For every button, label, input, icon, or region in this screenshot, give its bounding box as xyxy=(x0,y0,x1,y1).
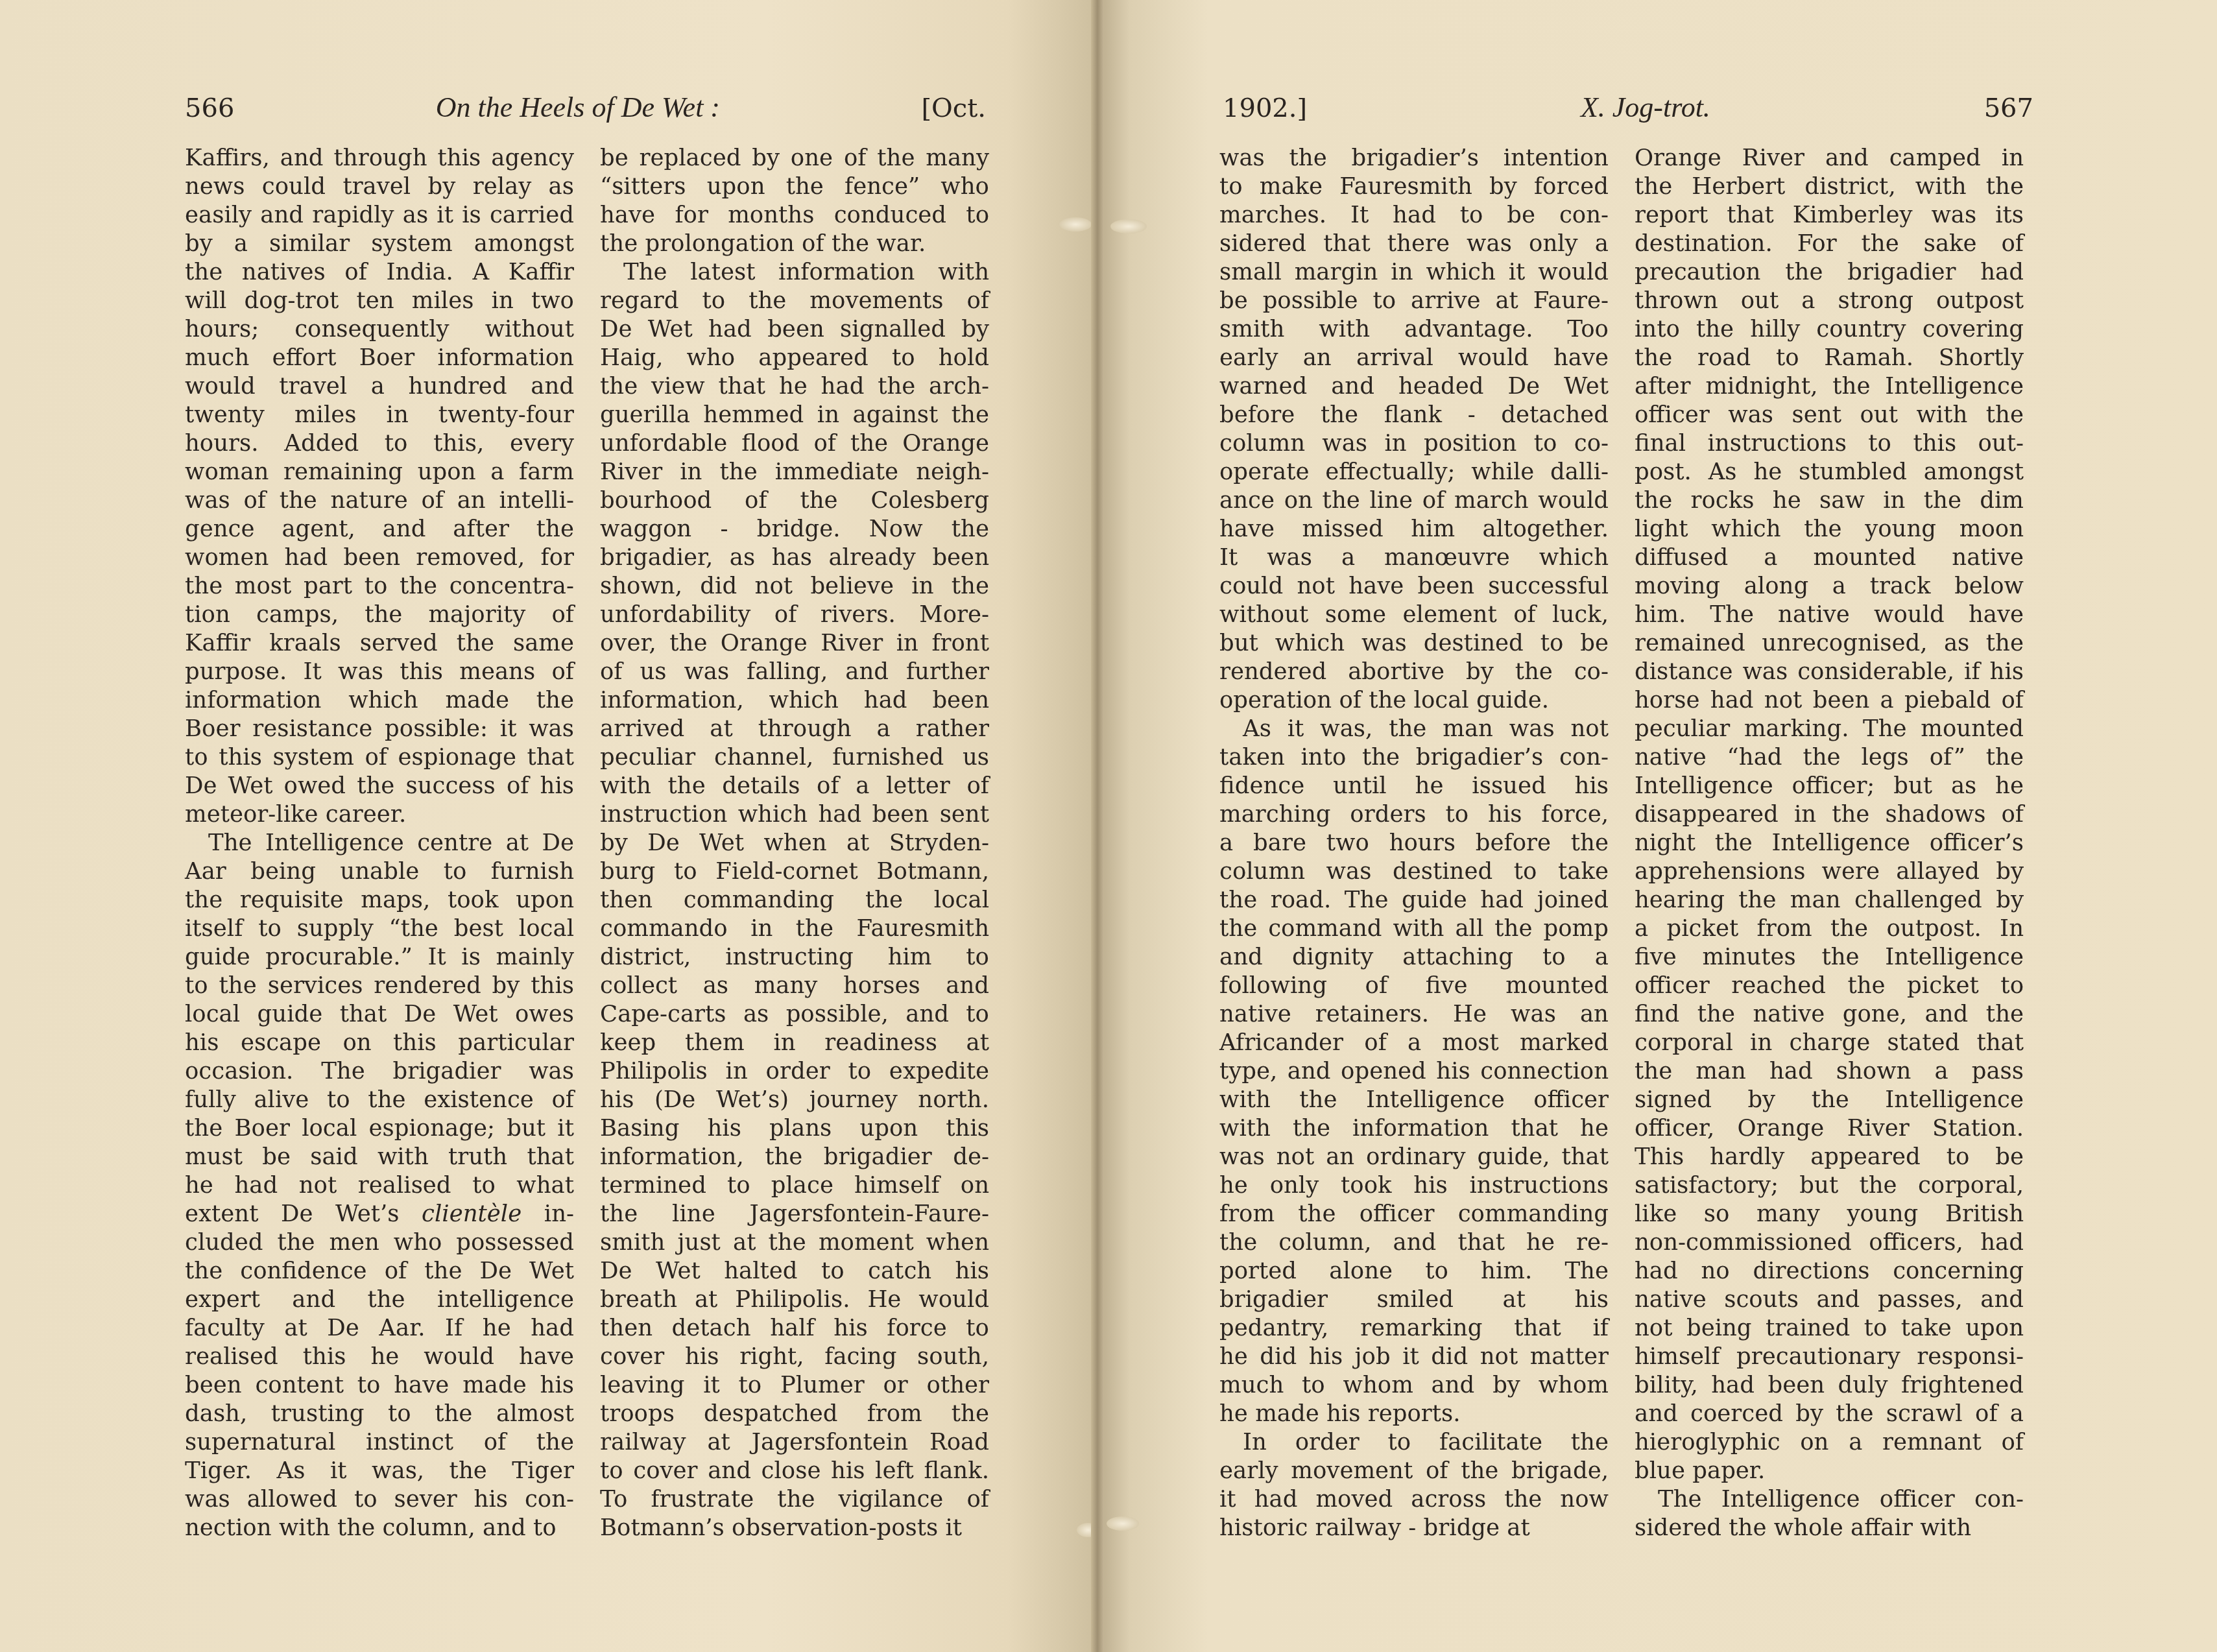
text-line: unfordable flood of the Orange xyxy=(600,429,989,458)
text-line: post. As he stumbled amongst xyxy=(1635,458,2024,486)
text-line: extent De Wet’s clientèle in- xyxy=(185,1200,574,1228)
left-columns: Kaffirs, and through this agencynews cou… xyxy=(185,144,989,1542)
text-line: breath at Philipolis. He would xyxy=(600,1286,989,1314)
text-line: It was a manœuvre which xyxy=(1219,544,1609,572)
text-line: be possible to arrive at Faure- xyxy=(1219,287,1609,315)
text-line: Basing his plans upon this xyxy=(600,1114,989,1143)
text-line: could not have been successful xyxy=(1219,572,1609,601)
text-line: Haig, who appeared to hold xyxy=(600,344,989,372)
text-line: peculiar marking. The mounted xyxy=(1635,715,2024,743)
text-line: distance was considerable, if his xyxy=(1635,658,2024,686)
text-line: information which made the xyxy=(185,686,574,715)
text-line: the confidence of the De Wet xyxy=(185,1257,574,1286)
text-line: diffused a mounted native xyxy=(1635,544,2024,572)
text-line: to the services rendered by this xyxy=(185,972,574,1000)
paragraph: Orange River and camped inthe Herbert di… xyxy=(1635,144,2024,1485)
running-title: On the Heels of De Wet : xyxy=(436,91,720,124)
date-mark: 1902.] xyxy=(1223,93,1307,123)
text-line: River in the immediate neigh- xyxy=(600,458,989,486)
text-line: sidered the whole affair with xyxy=(1635,1514,2024,1542)
text-line: he had not realised to what xyxy=(185,1171,574,1200)
text-line: woman remaining upon a farm xyxy=(185,458,574,486)
paragraph: The latest information withregard to the… xyxy=(600,258,989,1542)
right-page: 1902.] X. Jog-trot. 567 was the brigadie… xyxy=(1096,0,2217,1652)
text-line: the column, and that he re- xyxy=(1219,1228,1609,1257)
text-line: “sitters upon the fence” who xyxy=(600,173,989,201)
text-line: unfordability of rivers. More- xyxy=(600,601,989,629)
text-line: bility, had been duly frightened xyxy=(1635,1371,2024,1400)
text-line: five minutes the Intelligence xyxy=(1635,943,2024,972)
text-line: native scouts and passes, and xyxy=(1635,1286,2024,1314)
text-line: was allowed to sever his con- xyxy=(185,1485,574,1514)
right-running-head: 1902.] X. Jog-trot. 567 xyxy=(1223,91,2033,130)
text-line: collect as many horses and xyxy=(600,972,989,1000)
text-line: before the flank - detached xyxy=(1219,401,1609,429)
text-line: column was in position to co- xyxy=(1219,429,1609,458)
text-line: from the officer commanding xyxy=(1219,1200,1609,1228)
text-line: tion camps, the majority of xyxy=(185,601,574,629)
text-line: native retainers. He was an xyxy=(1219,1000,1609,1029)
text-line: he only took his instructions xyxy=(1219,1171,1609,1200)
text-line: small margin in which it would xyxy=(1219,258,1609,287)
text-line: realised this he would have xyxy=(185,1343,574,1371)
text-line: had no directions concerning xyxy=(1635,1257,2024,1286)
text-line: pedantry, remarking that if xyxy=(1219,1314,1609,1343)
text-line: smith just at the moment when xyxy=(600,1228,989,1257)
text-line: purpose. It was this means of xyxy=(185,658,574,686)
text-line: occasion. The brigadier was xyxy=(185,1057,574,1086)
text-line: the most part to the concentra- xyxy=(185,572,574,601)
text-line: will dog-trot ten miles in two xyxy=(185,287,574,315)
binding-hole xyxy=(1107,1516,1139,1531)
text-line: gence agent, and after the xyxy=(185,515,574,544)
text-line: the rocks he saw in the dim xyxy=(1635,486,2024,515)
text-line: apprehensions were allayed by xyxy=(1635,857,2024,886)
text-line: him. The native would have xyxy=(1635,601,2024,629)
text-line: brigadier, as has already been xyxy=(600,544,989,572)
text-line: burg to Field-cornet Botmann, xyxy=(600,857,989,886)
paragraph: The Intelligence centre at DeAar being u… xyxy=(185,829,574,1542)
text-line: to this system of espionage that xyxy=(185,743,574,772)
text-line: corporal in charge stated that xyxy=(1635,1029,2024,1057)
text-line: taken into the brigadier’s con- xyxy=(1219,743,1609,772)
text-line: historic railway - bridge at xyxy=(1219,1514,1609,1542)
text-line: cluded the men who possessed xyxy=(185,1228,574,1257)
text-line: then detach half his force to xyxy=(600,1314,989,1343)
text-line: the prolongation of the war. xyxy=(600,230,989,258)
text-line: be replaced by one of the many xyxy=(600,144,989,173)
text-line: guide procurable.” It is mainly xyxy=(185,943,574,972)
text-line: his (De Wet’s) journey north. xyxy=(600,1086,989,1114)
text-line: light which the young moon xyxy=(1635,515,2024,544)
binding-hole xyxy=(1110,219,1147,233)
book-gutter xyxy=(1091,0,1104,1652)
text-line: operate effectually; while dalli- xyxy=(1219,458,1609,486)
text-line: In order to facilitate the xyxy=(1219,1428,1609,1457)
text-line: shown, did not believe in the xyxy=(600,572,989,601)
text-line: with the information that he xyxy=(1219,1114,1609,1143)
date-mark: [Oct. xyxy=(921,93,986,123)
text-line: women had been removed, for xyxy=(185,544,574,572)
paragraph: Kaffirs, and through this agencynews cou… xyxy=(185,144,574,829)
text-line: Botmann’s observation-posts it xyxy=(600,1514,989,1542)
text-column: be replaced by one of the many“sitters u… xyxy=(600,144,989,1542)
text-line: much effort Boer information xyxy=(185,344,574,372)
text-line: hours; consequently without xyxy=(185,315,574,344)
text-line: the man had shown a pass xyxy=(1635,1057,2024,1086)
text-line: sidered that there was only a xyxy=(1219,230,1609,258)
text-line: news could travel by relay as xyxy=(185,173,574,201)
text-line: he made his reports. xyxy=(1219,1400,1609,1428)
text-line: district, instructing him to xyxy=(600,943,989,972)
text-line: arrived at through a rather xyxy=(600,715,989,743)
text-line: As it was, the man was not xyxy=(1219,715,1609,743)
text-line: waggon - bridge. Now the xyxy=(600,515,989,544)
text-line: remained unrecognised, as the xyxy=(1635,629,2024,658)
text-line: Intelligence officer; but as he xyxy=(1635,772,2024,800)
text-line: and dignity attaching to a xyxy=(1219,943,1609,972)
text-line: must be said with truth that xyxy=(185,1143,574,1171)
text-line: Philipolis in order to expedite xyxy=(600,1057,989,1086)
text-line: early movement of the brigade, xyxy=(1219,1457,1609,1485)
text-line: by a similar system amongst xyxy=(185,230,574,258)
text-line: non-commissioned officers, had xyxy=(1635,1228,2024,1257)
text-line: bourhood of the Colesberg xyxy=(600,486,989,515)
text-line: termined to place himself on xyxy=(600,1171,989,1200)
text-line: De Wet halted to catch his xyxy=(600,1257,989,1286)
text-line: leaving it to Plumer or other xyxy=(600,1371,989,1400)
text-line: instruction which had been sent xyxy=(600,800,989,829)
text-line: blue paper. xyxy=(1635,1457,2024,1485)
text-line: hieroglyphic on a remnant of xyxy=(1635,1428,2024,1457)
text-line: itself to supply “the best local xyxy=(185,915,574,943)
book-spread: 566 On the Heels of De Wet : [Oct. Kaffi… xyxy=(0,0,2217,1652)
text-line: with the details of a letter of xyxy=(600,772,989,800)
text-line: he did his job it did not matter xyxy=(1219,1343,1609,1371)
text-line: then commanding the local xyxy=(600,886,989,915)
text-line: like so many young British xyxy=(1635,1200,2024,1228)
text-line: and coerced by the scrawl of a xyxy=(1635,1400,2024,1428)
text-line: was not an ordinary guide, that xyxy=(1219,1143,1609,1171)
text-line: would travel a hundred and xyxy=(185,372,574,401)
text-line: Aar being unable to furnish xyxy=(185,857,574,886)
text-line: his escape on this particular xyxy=(185,1029,574,1057)
text-line: the line Jagersfontein-Faure- xyxy=(600,1200,989,1228)
text-line: column was destined to take xyxy=(1219,857,1609,886)
text-line: early an arrival would have xyxy=(1219,344,1609,372)
text-line: ported alone to him. The xyxy=(1219,1257,1609,1286)
text-line: Boer resistance possible: it was xyxy=(185,715,574,743)
text-line: moving along a track below xyxy=(1635,572,2024,601)
page-number: 566 xyxy=(185,93,234,123)
text-line: regard to the movements of xyxy=(600,287,989,315)
text-line: the requisite maps, took upon xyxy=(185,886,574,915)
text-line: was of the nature of an intelli- xyxy=(185,486,574,515)
text-line: officer was sent out with the xyxy=(1635,401,2024,429)
text-line: after midnight, the Intelligence xyxy=(1635,372,2024,401)
text-line: night the Intelligence officer’s xyxy=(1635,829,2024,857)
text-line: guerilla hemmed in against the xyxy=(600,401,989,429)
text-line: signed by the Intelligence xyxy=(1635,1086,2024,1114)
text-line: fidence until he issued his xyxy=(1219,772,1609,800)
text-line: destination. For the sake of xyxy=(1635,230,2024,258)
text-line: operation of the local guide. xyxy=(1219,686,1609,715)
text-line: satisfactory; but the corporal, xyxy=(1635,1171,2024,1200)
text-line: final instructions to this out- xyxy=(1635,429,2024,458)
text-line: warned and headed De Wet xyxy=(1219,372,1609,401)
text-line: information, which had been xyxy=(600,686,989,715)
text-line: been content to have made his xyxy=(185,1371,574,1400)
text-column: Orange River and camped inthe Herbert di… xyxy=(1635,144,2024,1542)
text-line: the road. The guide had joined xyxy=(1219,886,1609,915)
text-line: smith with advantage. Too xyxy=(1219,315,1609,344)
paragraph: As it was, the man was nottaken into the… xyxy=(1219,715,1609,1428)
text-line: easily and rapidly as it is carried xyxy=(185,201,574,230)
text-line: the natives of India. A Kaffir xyxy=(185,258,574,287)
text-line: Cape-carts as possible, and to xyxy=(600,1000,989,1029)
text-line: not being trained to take upon xyxy=(1635,1314,2024,1343)
text-line: type, and opened his connection xyxy=(1219,1057,1609,1086)
text-line: meteor-like career. xyxy=(185,800,574,829)
text-line: was the brigadier’s intention xyxy=(1219,144,1609,173)
paragraph: In order to facilitate theearly movement… xyxy=(1219,1428,1609,1542)
text-line: nection with the column, and to xyxy=(185,1514,574,1542)
text-line: rendered abortive by the co- xyxy=(1219,658,1609,686)
text-column: Kaffirs, and through this agencynews cou… xyxy=(185,144,574,1542)
text-line: the Boer local espionage; but it xyxy=(185,1114,574,1143)
text-line: into the hilly country covering xyxy=(1635,315,2024,344)
text-line: a bare two hours before the xyxy=(1219,829,1609,857)
right-columns: was the brigadier’s intentionto make Fau… xyxy=(1219,144,2024,1542)
text-line: have for months conduced to xyxy=(600,201,989,230)
text-line: without some element of luck, xyxy=(1219,601,1609,629)
text-line: commando in the Fauresmith xyxy=(600,915,989,943)
text-line: cover his right, facing south, xyxy=(600,1343,989,1371)
text-line: The latest information with xyxy=(600,258,989,287)
text-line: brigadier smiled at his xyxy=(1219,1286,1609,1314)
text-line: over, the Orange River in front xyxy=(600,629,989,658)
text-line: by De Wet when at Stryden- xyxy=(600,829,989,857)
text-line: ance on the line of march would xyxy=(1219,486,1609,515)
paragraph: be replaced by one of the many“sitters u… xyxy=(600,144,989,258)
text-line: to make Fauresmith by forced xyxy=(1219,173,1609,201)
text-line: faculty at De Aar. If he had xyxy=(185,1314,574,1343)
text-line: the view that he had the arch- xyxy=(600,372,989,401)
text-line: have missed him altogether. xyxy=(1219,515,1609,544)
text-line: To frustrate the vigilance of xyxy=(600,1485,989,1514)
text-line: twenty miles in twenty-four xyxy=(185,401,574,429)
page-number: 567 xyxy=(1984,93,2033,123)
text-line: troops despatched from the xyxy=(600,1400,989,1428)
text-line: himself precautionary responsi- xyxy=(1635,1343,2024,1371)
text-line: thrown out a strong outpost xyxy=(1635,287,2024,315)
text-line: to cover and close his left flank. xyxy=(600,1457,989,1485)
text-line: Tiger. As it was, the Tiger xyxy=(185,1457,574,1485)
text-line: fully alive to the existence of xyxy=(185,1086,574,1114)
left-running-head: 566 On the Heels of De Wet : [Oct. xyxy=(185,91,986,130)
running-title: X. Jog-trot. xyxy=(1581,91,1710,124)
text-line: expert and the intelligence xyxy=(185,1286,574,1314)
text-line: This hardly appeared to be xyxy=(1635,1143,2024,1171)
text-line: a picket from the outpost. In xyxy=(1635,915,2024,943)
text-line: dash, trusting to the almost xyxy=(185,1400,574,1428)
text-line: but which was destined to be xyxy=(1219,629,1609,658)
text-line: marches. It had to be con- xyxy=(1219,201,1609,230)
text-line: Kaffir kraals served the same xyxy=(185,629,574,658)
text-line: following of five mounted xyxy=(1219,972,1609,1000)
text-line: De Wet had been signalled by xyxy=(600,315,989,344)
text-line: officer, Orange River Station. xyxy=(1635,1114,2024,1143)
text-line: information, the brigadier de- xyxy=(600,1143,989,1171)
text-line: De Wet owed the success of his xyxy=(185,772,574,800)
text-line: native “had the legs of” the xyxy=(1635,743,2024,772)
text-line: find the native gone, and the xyxy=(1635,1000,2024,1029)
paragraph: The Intelligence officer con-sidered the… xyxy=(1635,1485,2024,1542)
text-line: the Herbert district, with the xyxy=(1635,173,2024,201)
text-line: the command with all the pomp xyxy=(1219,915,1609,943)
paragraph: was the brigadier’s intentionto make Fau… xyxy=(1219,144,1609,715)
left-page: 566 On the Heels of De Wet : [Oct. Kaffi… xyxy=(0,0,1096,1652)
text-line: hearing the man challenged by xyxy=(1635,886,2024,915)
text-line: much to whom and by whom xyxy=(1219,1371,1609,1400)
text-line: the road to Ramah. Shortly xyxy=(1635,344,2024,372)
text-line: peculiar channel, furnished us xyxy=(600,743,989,772)
text-line: of us was falling, and further xyxy=(600,658,989,686)
text-line: report that Kimberley was its xyxy=(1635,201,2024,230)
text-line: Africander of a most marked xyxy=(1219,1029,1609,1057)
text-line: precaution the brigadier had xyxy=(1635,258,2024,287)
text-column: was the brigadier’s intentionto make Fau… xyxy=(1219,144,1609,1542)
text-line: disappeared in the shadows of xyxy=(1635,800,2024,829)
text-line: it had moved across the now xyxy=(1219,1485,1609,1514)
text-line: horse had not been a piebald of xyxy=(1635,686,2024,715)
binding-hole xyxy=(1059,217,1092,232)
text-line: hours. Added to this, every xyxy=(185,429,574,458)
text-line: keep them in readiness at xyxy=(600,1029,989,1057)
text-line: supernatural instinct of the xyxy=(185,1428,574,1457)
text-line: Orange River and camped in xyxy=(1635,144,2024,173)
text-line: marching orders to his force, xyxy=(1219,800,1609,829)
text-line: Kaffirs, and through this agency xyxy=(185,144,574,173)
text-line: railway at Jagersfontein Road xyxy=(600,1428,989,1457)
text-line: with the Intelligence officer xyxy=(1219,1086,1609,1114)
text-line: local guide that De Wet owes xyxy=(185,1000,574,1029)
text-line: The Intelligence centre at De xyxy=(185,829,574,857)
text-line: officer reached the picket to xyxy=(1635,972,2024,1000)
text-line: The Intelligence officer con- xyxy=(1635,1485,2024,1514)
